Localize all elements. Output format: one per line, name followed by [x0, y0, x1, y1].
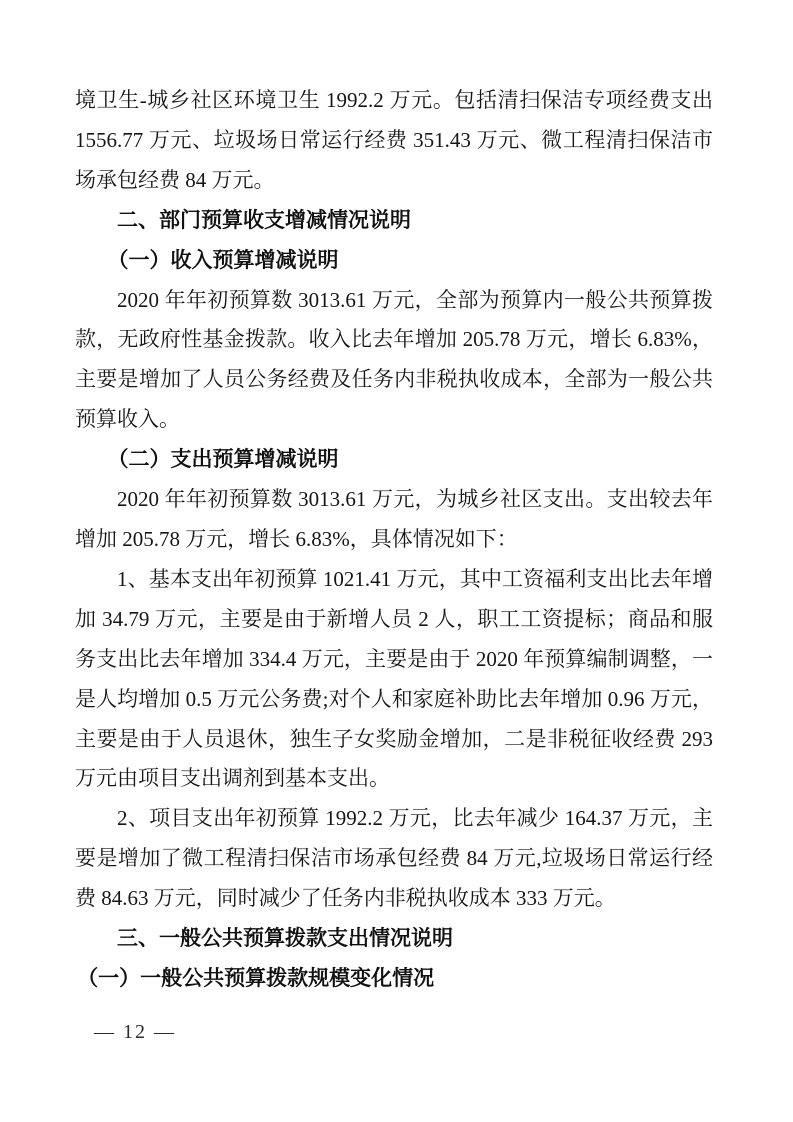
paragraph-expenditure-budget-overview: 2020 年年初预算数 3013.61 万元，为城乡社区支出。支出较去年增加 2…	[75, 480, 713, 560]
document-body: 境卫生-城乡社区环境卫生 1992.2 万元。包括清扫保洁专项经费支出 1556…	[75, 81, 713, 999]
paragraph-basic-expenditure-detail: 1、基本支出年初预算 1021.41 万元，其中工资福利支出比去年增加 34.7…	[75, 560, 713, 799]
section-heading-general-public-budget-expenditure: 三、一般公共预算拨款支出情况说明	[75, 919, 713, 959]
paragraph-project-expenditure-detail: 2、项目支出年初预算 1992.2 万元，比去年减少 164.37 万元，主要是…	[75, 799, 713, 919]
section-heading-budget-increase-decrease: 二、部门预算收支增减情况说明	[75, 201, 713, 241]
paragraph-sanitation-expense-continuation: 境卫生-城乡社区环境卫生 1992.2 万元。包括清扫保洁专项经费支出 1556…	[75, 81, 713, 201]
document-page: 境卫生-城乡社区环境卫生 1992.2 万元。包括清扫保洁专项经费支出 1556…	[0, 0, 793, 1122]
page-number: — 12 —	[94, 1018, 176, 1046]
subsection-heading-income-budget-change: （一）收入预算增减说明	[75, 241, 713, 281]
subsection-heading-expenditure-budget-change: （二）支出预算增减说明	[75, 440, 713, 480]
paragraph-income-budget-detail: 2020 年年初预算数 3013.61 万元，全部为预算内一般公共预算拨款，无政…	[75, 281, 713, 441]
subsection-heading-budget-scale-change: （一）一般公共预算拨款规模变化情况	[75, 959, 713, 999]
